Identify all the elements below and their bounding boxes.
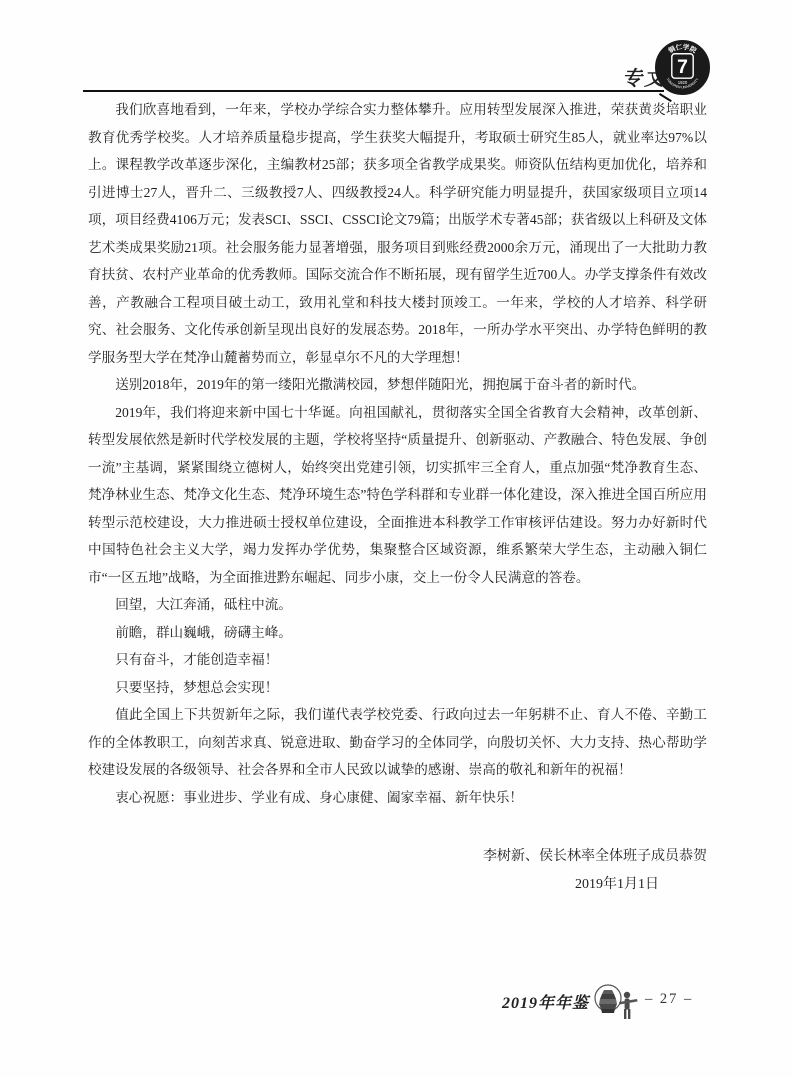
seal-center-glyph: 7 [677, 56, 688, 78]
body-paragraph: 送别2018年，2019年的第一缕阳光撒满校园，梦想伴随阳光，拥抱属于奋斗者的新… [88, 371, 707, 399]
page-number: – 27 – [645, 991, 693, 1008]
page-footer: 2019年年鉴 – 27 – [0, 980, 793, 1030]
body-paragraph: 衷心祝愿：事业进步、学业有成、身心康健、阖家幸福、新年快乐！ [88, 784, 707, 812]
yearbook-mascot-icon [591, 982, 641, 1024]
body-paragraph: 只要坚持，梦想总会实现！ [88, 674, 707, 702]
body-text: 我们欣喜地看到，一年来，学校办学综合实力整体攀升。应用转型发展深入推进，荣获黄炎… [88, 96, 707, 811]
body-paragraph: 只有奋斗，才能创造幸福！ [88, 646, 707, 674]
yearbook-title: 2019年年鉴 [502, 990, 589, 1013]
university-seal-icon: 铜仁学院 TONGREN UNIVERSITY 7 1920 [655, 40, 710, 95]
signature-by-line: 李树新、侯长林率全体班子成员恭贺 [88, 843, 707, 871]
signature-block: 李树新、侯长林率全体班子成员恭贺 2019年1月1日 [88, 843, 707, 899]
body-paragraph: 值此全国上下共贺新年之际，我们谨代表学校党委、行政向过去一年躬耕不止、育人不倦、… [88, 701, 707, 784]
yearbook-page: 专文 铜仁学院 TONGREN UNIVERSITY 7 1920 我们欣喜地看… [0, 0, 793, 1077]
body-paragraph: 2019年，我们将迎来新中国七十华诞。向祖国献礼，贯彻落实全国全省教育大会精神，… [88, 399, 707, 592]
body-paragraph: 前瞻，群山巍峨，磅礴主峰。 [88, 619, 707, 647]
seal-year: 1920 [678, 80, 688, 85]
header-rule [83, 90, 664, 92]
signature-date-line: 2019年1月1日 [88, 871, 707, 899]
body-paragraph: 我们欣喜地看到，一年来，学校办学综合实力整体攀升。应用转型发展深入推进，荣获黄炎… [88, 96, 707, 371]
body-paragraph: 回望，大江奔涌，砥柱中流。 [88, 591, 707, 619]
